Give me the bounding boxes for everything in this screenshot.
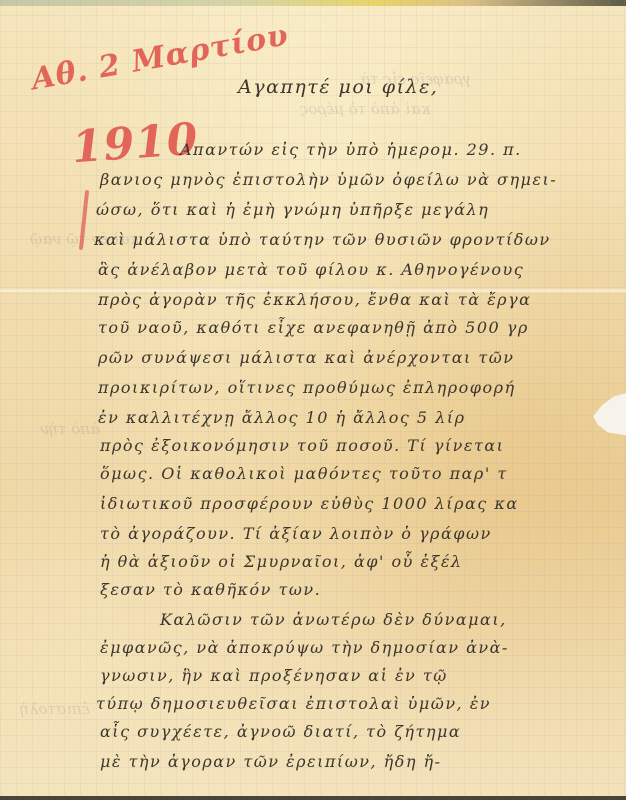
letter-line: ἐμφανῶς, νὰ ἀποκρύψω τὴν δημοσίαν ἀνὰ- [100,638,509,657]
letter-line: ρῶν συνάψεσι μάλιστα καὶ ἀνέρχονται τῶν [98,348,515,367]
letter-line: καὶ μάλιστα ὑπὸ ταύτην τῶν θυσιῶν φροντί… [94,230,551,249]
letter-line: ὅμως. Οἱ καθολικοὶ μαθόντες τοῦτο παρ' τ [100,464,508,483]
letter-line: γνωσιν, ἣν καὶ προξένησαν αἱ ἐν τῷ [100,666,448,685]
letter-line: τύπῳ δημοσιευθεῖσαι ἐπιστολαὶ ὑμῶν, ἐν [96,694,491,713]
letter-line: ἐν καλλιτέχνῃ ἄλλος 10 ἡ ἄλλος 5 λίρ [98,408,466,427]
letter-line: ώσω, ὅτι καὶ ἡ ἐμὴ γνώμη ὑπῆρξε μεγάλη [96,200,489,219]
letter-line: προικιρίτων, οἵτινες προθύμως ἐπληροφορή [98,378,516,397]
letter-line: τοῦ ναοῦ, καθότι εἶχε ανεφανηθῇ ἀπὸ 500 … [98,318,529,337]
letter-line: βανιος μηνὸς ἐπιστολὴν ὑμῶν ὀφείλω νὰ ση… [100,170,557,189]
scan-bottom-edge [0,796,626,800]
bleed-through-text: ἀπὸ τὴν [40,420,100,438]
scan-edge [0,0,626,6]
letter-line: Απαντών εἰς τὴν ὑπὸ ἡμερομ. 29. π. [180,140,522,159]
bleed-through-text: ἐπιστολὴ [20,700,90,718]
letter-line: πρὸς ἐξοικονόμησιν τοῦ ποσοῦ. Τί γίνεται [100,436,504,455]
letter-line: τὸ ἀγοράζουν. Τί ἀξίαν λοιπὸν ὁ γράφων [100,524,492,543]
letter-line: ἡ θὰ ἀξιοῦν οἱ Σμυρναῖοι, ἀφ' οὗ ἐξέλ [100,552,463,571]
letter-line: πρὸς ἀγορὰν τῆς ἐκκλήσου, ἔνθα καὶ τὰ ἔρ… [98,290,531,309]
letter-line: μὲ τὴν ἀγοραν τῶν ἐρειπίων, ἤδη ἤ- [100,752,442,771]
torn-edge [590,392,626,436]
bleed-through-text: καὶ ἀπὸ τὸ μέρος [300,100,431,118]
letter-page: γραφεῖο εἰς τὰ καὶ ἀπὸ τὸ μέρος καὶ ἐν τ… [0,0,626,800]
letter-line: ἃς ἀνέλαβον μετὰ τοῦ φίλου κ. Αθηνογένου… [98,260,524,279]
letter-line: ξεσαν τὸ καθῆκόν των. [100,580,321,599]
letter-line: Καλῶσιν τῶν ἀνωτέρω δὲν δύναμαι, [160,610,507,629]
letter-line: αἷς συγχέετε, ἀγνοῶ διατί, τὸ ζήτημα [100,722,461,741]
letter-line: ἰδιωτικοῦ προσφέρουν εὐθὺς 1000 λίρας κα [100,494,519,513]
salutation: Αγαπητέ μοι φίλε, [238,76,438,98]
